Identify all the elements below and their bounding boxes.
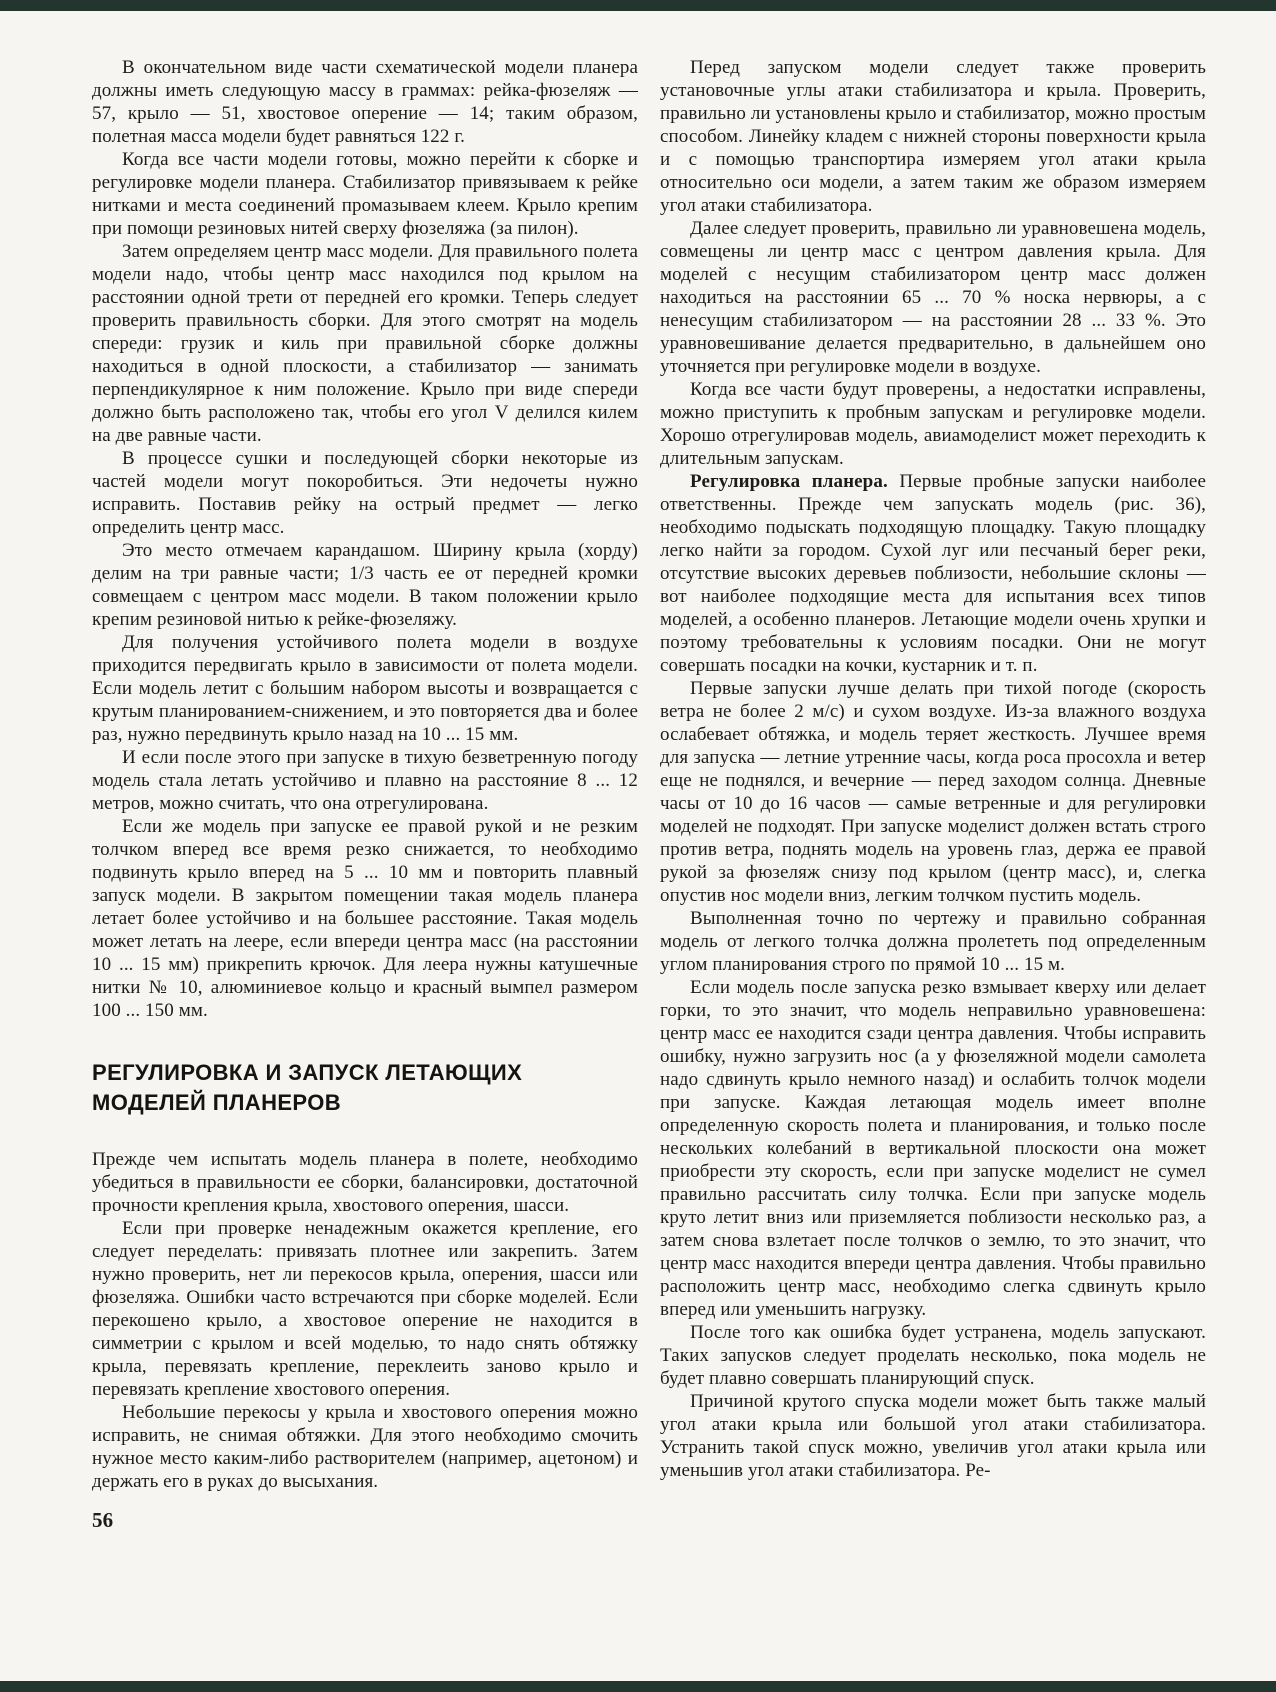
paragraph: Для получения устойчивого полета модели …: [92, 631, 638, 746]
paragraph: Небольшие перекосы у крыла и хвостового …: [92, 1401, 638, 1493]
paragraph: Это место отмечаем карандашом. Ширину кр…: [92, 539, 638, 631]
paragraph: Далее следует проверить, правильно ли ур…: [660, 217, 1206, 378]
paragraph: Прежде чем испытать модель планера в пол…: [92, 1148, 638, 1217]
left-column: В окончательном виде части схематической…: [92, 56, 638, 1532]
paragraph: После того как ошибка будет устранена, м…: [660, 1321, 1206, 1390]
paragraph: И если после этого при запуске в тихую б…: [92, 746, 638, 815]
paragraph: В процессе сушки и последующей сборки не…: [92, 447, 638, 539]
paragraph: Причиной крутого спуска модели может быт…: [660, 1390, 1206, 1482]
section-heading: РЕГУЛИРОВКА И ЗАПУСК ЛЕТАЮЩИХ МОДЕЛЕЙ ПЛ…: [92, 1058, 638, 1118]
paragraph: Затем определяем центр масс модели. Для …: [92, 240, 638, 447]
paragraph: Если модель после запуска резко взмывает…: [660, 976, 1206, 1321]
paragraph-text: Первые пробные запуски наиболее ответств…: [660, 471, 1206, 676]
run-in-heading: Регулировка планера.: [690, 471, 888, 492]
right-column: Перед запуском модели следует также пров…: [660, 56, 1206, 1532]
paragraph: В окончательном виде части схематической…: [92, 56, 638, 148]
paragraph-with-run-in-heading: Регулировка планера. Первые пробные запу…: [660, 470, 1206, 677]
paragraph: Выполненная точно по чертежу и правильно…: [660, 907, 1206, 976]
scan-edge-bottom: [0, 1681, 1276, 1692]
paragraph: Перед запуском модели следует также пров…: [660, 56, 1206, 217]
paragraph: Первые запуски лучше делать при тихой по…: [660, 677, 1206, 907]
book-page: В окончательном виде части схематической…: [0, 0, 1276, 1692]
page-number: 56: [92, 1509, 638, 1532]
paragraph: Когда все части модели готовы, можно пер…: [92, 148, 638, 240]
section-heading-line: РЕГУЛИРОВКА И ЗАПУСК ЛЕТАЮЩИХ: [92, 1058, 638, 1088]
paragraph: Когда все части будут проверены, а недос…: [660, 378, 1206, 470]
text-columns: В окончательном виде части схематической…: [92, 56, 1206, 1532]
scan-edge-top: [0, 0, 1276, 11]
paragraph: Если при проверке ненадежным окажется кр…: [92, 1217, 638, 1401]
paragraph: Если же модель при запуске ее правой рук…: [92, 815, 638, 1022]
section-heading-line: МОДЕЛЕЙ ПЛАНЕРОВ: [92, 1088, 638, 1118]
